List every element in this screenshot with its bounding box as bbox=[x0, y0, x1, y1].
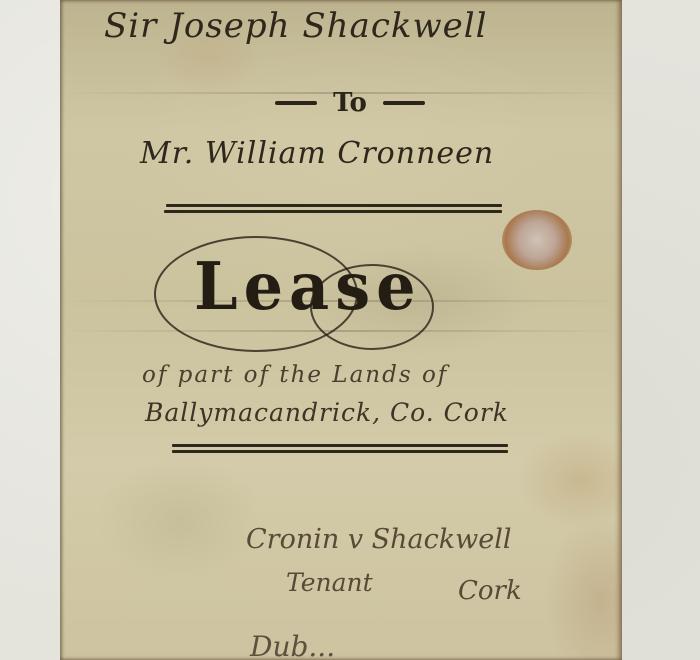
connector-word: To bbox=[333, 88, 367, 118]
connector-line: To bbox=[0, 88, 700, 118]
heading-from-party: Sir Joseph Shackwell bbox=[104, 6, 487, 46]
document-title: Lease bbox=[194, 248, 422, 325]
water-stain bbox=[502, 210, 572, 270]
double-rule-bottom bbox=[172, 450, 508, 453]
subtitle: of part of the Lands of bbox=[142, 362, 448, 388]
annotation-cutoff: Dub... bbox=[250, 630, 335, 660]
ornamental-dash bbox=[275, 101, 317, 105]
lease-title-block: Lease bbox=[150, 232, 440, 362]
annotation-county: Cork bbox=[458, 576, 522, 606]
annotation-tenant: Tenant bbox=[286, 568, 373, 597]
heading-to-party: Mr. William Cronneen bbox=[140, 136, 494, 171]
double-rule-top bbox=[164, 210, 502, 213]
annotation-case-name: Cronin v Shackwell bbox=[246, 524, 511, 555]
double-rule-top bbox=[166, 204, 502, 207]
place-name: Ballymacandrick, Co. Cork bbox=[145, 398, 509, 427]
double-rule-bottom bbox=[172, 444, 508, 447]
ornamental-dash bbox=[383, 101, 425, 105]
